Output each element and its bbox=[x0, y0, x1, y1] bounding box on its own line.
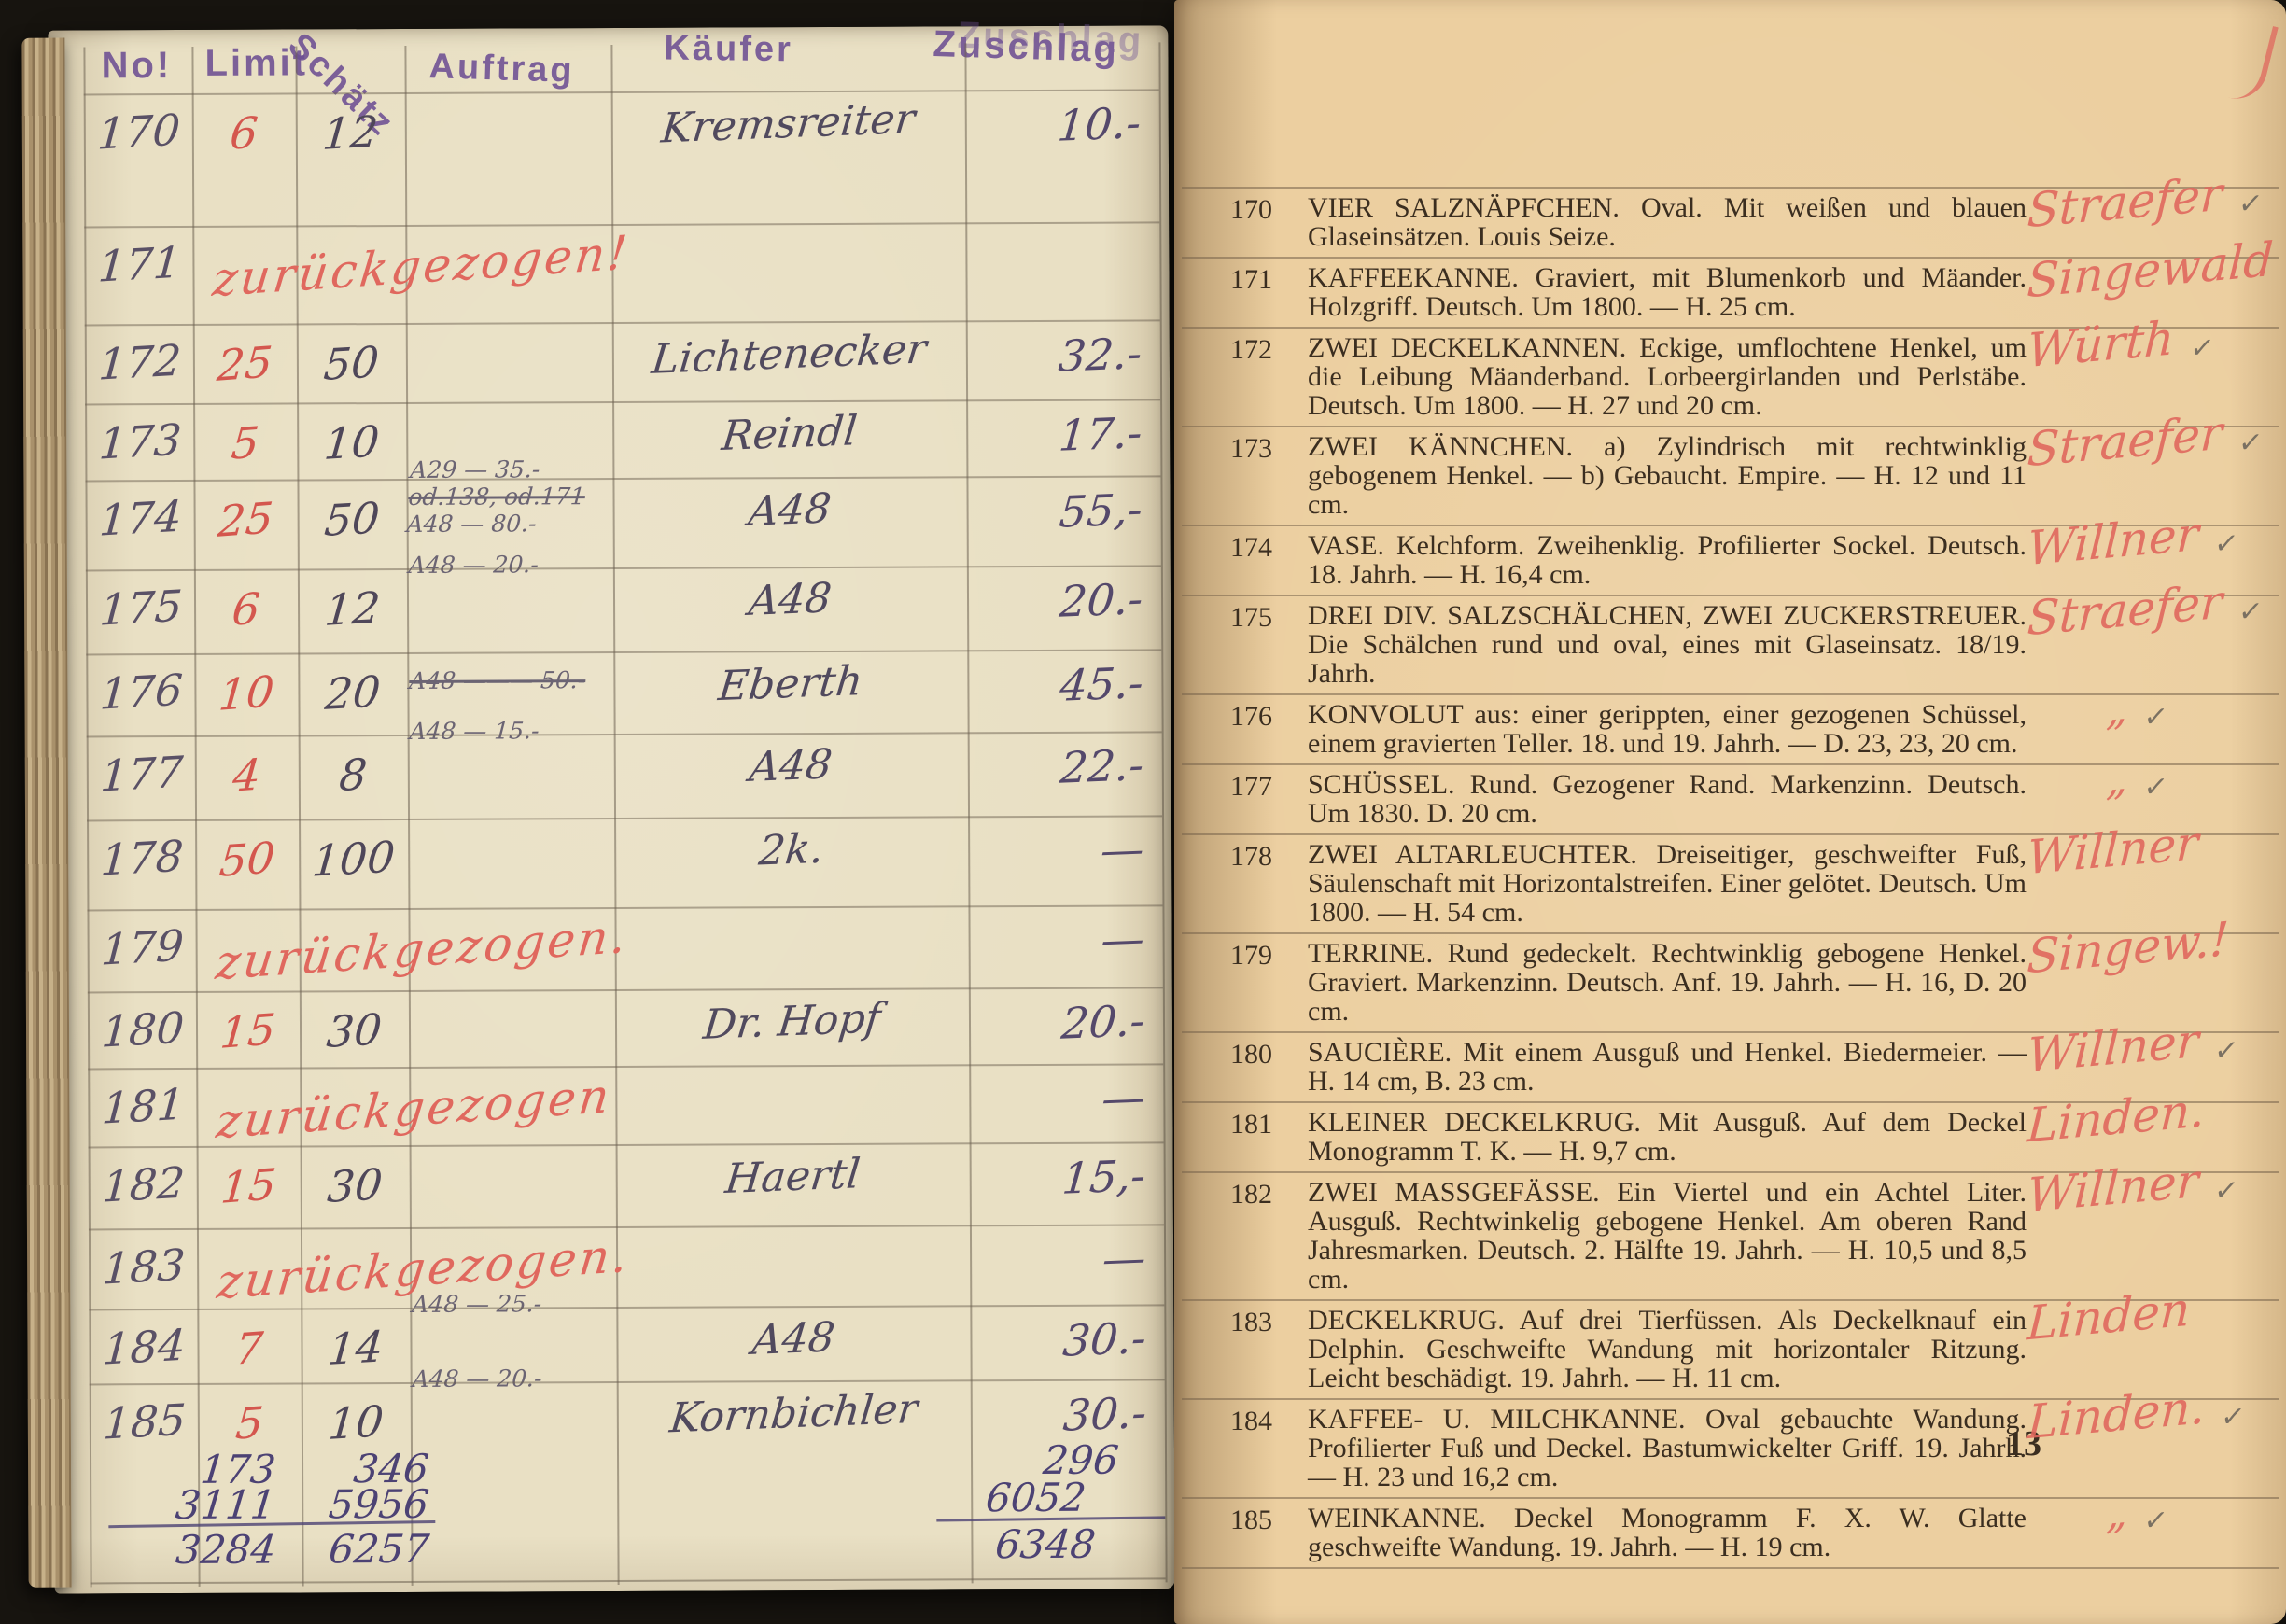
stray-red-mark bbox=[2228, 20, 2279, 105]
check-icon: ✓ bbox=[2141, 1506, 2169, 1536]
auftrag-note-line: od.138, od.171 bbox=[408, 483, 643, 511]
catalog-entry: 179TERRINE. Rund gedeckelt. Rechtwinklig… bbox=[1182, 932, 2279, 1031]
margin-buyer-name: Linden. bbox=[2027, 1087, 2286, 1141]
entry-number: 176 bbox=[1230, 702, 1272, 731]
auftrag-note-line: A48 — 15.- bbox=[409, 717, 644, 745]
catalog-page: 170VIER SALZNÄPFCHEN. Oval. Mit weißen u… bbox=[1174, 0, 2286, 1624]
margin-buyer-name: Straefer✓ bbox=[2026, 412, 2286, 478]
ledger-row: 1801530Dr. Hopf20.- bbox=[90, 987, 1163, 1068]
catalog-entry: 176KONVOLUT aus: einer gerippten, einer … bbox=[1182, 693, 2279, 763]
entry-number: 173 bbox=[1230, 434, 1272, 463]
entry-text: DREI DIV. SALZSCHÄLCHEN, ZWEI ZUCKERSTRE… bbox=[1308, 600, 2027, 689]
schaetz-value: 8 bbox=[296, 747, 410, 804]
kaeufer-name: Kremsreiter bbox=[608, 93, 968, 155]
limit-value: 4 bbox=[192, 747, 301, 805]
entry-number: 183 bbox=[1230, 1308, 1272, 1337]
total-schaetz-3: 6257 bbox=[287, 1526, 431, 1573]
entry-number: 184 bbox=[1230, 1407, 1272, 1435]
entry-number: 179 bbox=[1230, 941, 1272, 970]
entry-number: 178 bbox=[1230, 842, 1272, 871]
entry-number: 171 bbox=[1230, 265, 1272, 294]
zuschlag-value: 55,- bbox=[964, 483, 1144, 540]
entry-text: KONVOLUT aus: einer gerippten, einer gez… bbox=[1308, 699, 2027, 759]
entry-number: 185 bbox=[1230, 1505, 1272, 1534]
ledger-row: 175612A48 — 20.-A4820.- bbox=[88, 565, 1161, 653]
auftrag-note-line: A48 — 20.- bbox=[408, 551, 643, 579]
zuschlag-value: — bbox=[967, 1071, 1147, 1128]
zuschlag-value: — bbox=[966, 823, 1146, 880]
check-icon: ✓ bbox=[2212, 1176, 2240, 1206]
schaetz-value: 14 bbox=[299, 1320, 413, 1377]
row-number: 180 bbox=[88, 1001, 198, 1057]
check-icon: ✓ bbox=[2237, 189, 2265, 219]
limit-value: 6 bbox=[189, 105, 298, 162]
check-icon: ✓ bbox=[2141, 703, 2169, 733]
auftrag-note: A29 — 35.-od.138, od.171A48 — 80.- bbox=[406, 455, 645, 538]
row-number: 179 bbox=[88, 919, 198, 975]
row-number: 175 bbox=[86, 580, 196, 636]
totals-line-3: 32846257 bbox=[110, 1526, 431, 1574]
kaeufer-name: Eberth bbox=[610, 653, 971, 715]
total-limit-2: 3111 bbox=[110, 1482, 278, 1529]
row-number: 183 bbox=[89, 1239, 199, 1295]
margin-buyer-name: Singewald bbox=[2027, 243, 2286, 296]
row-number: 184 bbox=[89, 1319, 199, 1375]
kaeufer-name: A48 bbox=[610, 569, 971, 631]
ledger-rows: 170612Kremsreiter10.-171zurückgezogen!17… bbox=[48, 25, 1174, 1593]
entry-number: 182 bbox=[1230, 1180, 1272, 1209]
entry-text: ZWEI ALTARLEUCHTER. Dreiseitiger, geschw… bbox=[1308, 839, 2027, 928]
margin-buyer-name: Linden bbox=[2027, 1285, 2286, 1338]
kaeufer-name: 2k. bbox=[611, 819, 972, 881]
ledger-row: 170612Kremsreiter10.- bbox=[86, 89, 1160, 226]
margin-buyer-name: Würth✓ bbox=[2026, 313, 2286, 379]
zuschlag-total-3: 6348 bbox=[906, 1521, 1098, 1568]
margin-buyer-name: Willner✓ bbox=[2026, 1157, 2286, 1224]
entry-text: KAFFEE- U. MILCHKANNE. Oval gebauchte Wa… bbox=[1308, 1404, 2027, 1492]
catalog-entry: 178ZWEI ALTARLEUCHTER. Dreiseitiger, ges… bbox=[1182, 833, 2279, 932]
zuschlag-value: 32.- bbox=[963, 328, 1143, 385]
kaeufer-name: A48 bbox=[610, 735, 971, 797]
check-icon: ✓ bbox=[2212, 529, 2240, 559]
ledger-row: 171zurückgezogen! bbox=[86, 221, 1159, 324]
entry-number: 180 bbox=[1230, 1040, 1272, 1069]
auftrag-note: A48 — 20.- bbox=[412, 1365, 647, 1393]
check-icon: ✓ bbox=[2212, 1036, 2240, 1066]
zuschlag-value: 15,- bbox=[967, 1150, 1147, 1207]
limit-value: 15 bbox=[194, 1157, 302, 1215]
row-number: 185 bbox=[90, 1393, 200, 1449]
zuschlag-total-2: 6052 bbox=[897, 1475, 1088, 1521]
margin-buyer-name: Willner✓ bbox=[2026, 1017, 2286, 1084]
entry-text: WEINKANNE. Deckel Monogramm F. X. W. Gla… bbox=[1308, 1503, 2027, 1562]
row-number: 173 bbox=[85, 413, 195, 469]
entry-text: KLEINER DECKELKRUG. Mit Ausguß. Auf dem … bbox=[1308, 1107, 2027, 1167]
catalog-entries: 170VIER SALZNÄPFCHEN. Oval. Mit weißen u… bbox=[1182, 187, 2279, 1569]
auftrag-note-line: A48 — 20.- bbox=[412, 1365, 647, 1393]
zuschlag-value: 20.- bbox=[966, 995, 1146, 1052]
entry-text: KAFFEEKANNE. Graviert, mit Blumenkorb un… bbox=[1308, 262, 2027, 322]
check-icon: ✓ bbox=[2188, 333, 2216, 363]
zuschlag-value: 30.- bbox=[968, 1387, 1148, 1444]
limit-value: 15 bbox=[193, 1002, 302, 1060]
entry-text: TERRINE. Rund gedeckelt. Rechtwinklig ge… bbox=[1308, 938, 2027, 1027]
check-icon: ✓ bbox=[2237, 428, 2265, 458]
schaetz-value: 50 bbox=[295, 491, 409, 548]
zuschlag-value: 30.- bbox=[968, 1312, 1148, 1369]
kaeufer-name: Haertl bbox=[612, 1146, 973, 1208]
ledger-page: No! Limit Schätz Auftrag Käufer Zuschlag… bbox=[48, 25, 1174, 1593]
limit-value: 5 bbox=[195, 1394, 303, 1452]
zuschlag-value: 22.- bbox=[965, 739, 1145, 796]
row-number: 181 bbox=[88, 1078, 198, 1134]
catalog-entry: 172ZWEI DECKELKANNEN. Eckige, umflochten… bbox=[1182, 327, 2279, 426]
row-number: 176 bbox=[86, 664, 196, 720]
ledger-row: 178501002k.— bbox=[89, 815, 1162, 909]
check-icon: ✓ bbox=[2237, 597, 2265, 627]
zuschlag-value: 20.- bbox=[964, 573, 1144, 630]
schaetz-value: 50 bbox=[294, 335, 408, 392]
entry-number: 174 bbox=[1230, 533, 1272, 562]
row-number: 182 bbox=[89, 1156, 199, 1212]
catalog-entry: 183DECKELKRUG. Auf drei Tierfüssen. Als … bbox=[1182, 1299, 2279, 1398]
kaeufer-name: Lichtenecker bbox=[610, 324, 970, 385]
limit-value: 7 bbox=[195, 1320, 303, 1378]
auftrag-note: A48 ——— 50.- bbox=[408, 666, 643, 694]
auftrag-note-line: A48 — 80.- bbox=[406, 510, 641, 538]
margin-buyer-name: Singew.! bbox=[2027, 918, 2286, 972]
entry-number: 172 bbox=[1230, 335, 1272, 364]
catalog-entry: 175DREI DIV. SALZSCHÄLCHEN, ZWEI ZUCKERS… bbox=[1182, 595, 2279, 693]
entry-text: SCHÜSSEL. Rund. Gezogener Rand. Markenzi… bbox=[1308, 769, 2027, 829]
limit-value: 10 bbox=[192, 665, 301, 722]
catalog-entry: 185WEINKANNE. Deckel Monogramm F. X. W. … bbox=[1182, 1497, 2279, 1569]
kaeufer-name: Kornbichler bbox=[613, 1383, 974, 1445]
entry-text: ZWEI MASSGEFÄSSE. Ein Viertel und ein Ac… bbox=[1308, 1177, 2027, 1295]
entry-text: ZWEI DECKELKANNEN. Eckige, umflochtene H… bbox=[1308, 332, 2027, 421]
catalog-entry: 184KAFFEE- U. MILCHKANNE. Oval gebauchte… bbox=[1182, 1398, 2279, 1497]
entry-text: VIER SALZNÄPFCHEN. Oval. Mit weißen und … bbox=[1308, 192, 2027, 252]
schaetz-value: 30 bbox=[297, 1002, 411, 1059]
schaetz-value: 12 bbox=[295, 581, 409, 637]
schaetz-value: 30 bbox=[298, 1157, 412, 1214]
limit-value: 5 bbox=[191, 414, 300, 472]
auftrag-note-line: A48 — 25.- bbox=[411, 1290, 646, 1318]
total-limit-3: 3284 bbox=[110, 1527, 278, 1574]
check-icon: ✓ bbox=[2219, 1402, 2247, 1432]
margin-buyer-name: Straefer✓ bbox=[2026, 581, 2286, 647]
check-icon: ✓ bbox=[2141, 773, 2169, 803]
row-number: 178 bbox=[87, 830, 197, 886]
margin-buyer-name: Willner✓ bbox=[2026, 511, 2286, 577]
margin-buyer-name: Straefer✓ bbox=[2026, 173, 2286, 239]
entry-text: SAUCIÈRE. Mit einem Ausguß und Henkel. B… bbox=[1308, 1037, 2027, 1097]
entry-text: DECKELKRUG. Auf drei Tierfüssen. Als Dec… bbox=[1308, 1305, 2027, 1393]
entry-number: 177 bbox=[1230, 772, 1272, 801]
limit-value: 25 bbox=[191, 491, 300, 549]
limit-value: 50 bbox=[193, 831, 302, 889]
ledger-row: 1821530Haertl15,- bbox=[91, 1141, 1164, 1228]
margin-buyer-name: Willner bbox=[2027, 819, 2286, 873]
row-number: 171 bbox=[84, 236, 194, 292]
catalog-entry: 182ZWEI MASSGEFÄSSE. Ein Viertel und ein… bbox=[1182, 1171, 2279, 1299]
schaetz-value: 100 bbox=[297, 831, 411, 888]
limit-value: 6 bbox=[191, 581, 300, 638]
zuschlag-value: 17.- bbox=[964, 407, 1144, 464]
entry-number: 181 bbox=[1230, 1110, 1272, 1139]
kaeufer-name: Reindl bbox=[610, 403, 970, 465]
auftrag-note: A48 — 20.- bbox=[408, 551, 643, 579]
schaetz-value: 10 bbox=[299, 1394, 413, 1451]
ledger-row: 179zurückgezogen.— bbox=[89, 904, 1162, 991]
ledger-row: 1722550Lichtenecker32.- bbox=[87, 319, 1160, 403]
row-number: 174 bbox=[86, 490, 196, 546]
kaeufer-name: Dr. Hopf bbox=[612, 991, 973, 1053]
auftrag-note-line: A48 ——— 50.- bbox=[408, 666, 643, 694]
row-number: 177 bbox=[87, 746, 197, 802]
schaetz-value: 12 bbox=[293, 105, 407, 161]
zuschlag-value: 45.- bbox=[965, 657, 1145, 714]
entry-number: 175 bbox=[1230, 603, 1272, 632]
entry-text: VASE. Kelchform. Zweihenklig. Profiliert… bbox=[1308, 530, 2027, 590]
zuschlag-value: — bbox=[966, 913, 1146, 970]
catalog-entry: 173ZWEI KÄNNCHEN. a) Zylindrisch mit rec… bbox=[1182, 426, 2279, 525]
zuschlag-value: — bbox=[968, 1232, 1148, 1289]
limit-value: 25 bbox=[190, 335, 299, 393]
auftrag-note: A48 — 25.- bbox=[411, 1290, 646, 1318]
ledger-row: 17748A48 — 15.-A4822.- bbox=[89, 731, 1162, 819]
schaetz-value: 20 bbox=[296, 665, 410, 721]
ledger-row: 181zurückgezogen— bbox=[90, 1063, 1163, 1146]
kaeufer-name: A48 bbox=[610, 480, 970, 541]
schaetz-value: 10 bbox=[295, 414, 409, 471]
zuschlag-value: 10.- bbox=[962, 97, 1143, 154]
entry-text: ZWEI KÄNNCHEN. a) Zylindrisch mit rechtw… bbox=[1308, 431, 2027, 520]
row-number: 170 bbox=[84, 104, 194, 160]
kaeufer-name: A48 bbox=[613, 1309, 974, 1370]
entry-number: 170 bbox=[1230, 195, 1272, 224]
photo-backdrop: { "colors":{"stamp_purple":"#6d4f93","re… bbox=[0, 0, 2286, 1624]
row-number: 172 bbox=[85, 334, 195, 390]
auftrag-note: A48 — 15.- bbox=[409, 717, 644, 745]
margin-buyer-name: Linden.✓ bbox=[2026, 1384, 2286, 1450]
